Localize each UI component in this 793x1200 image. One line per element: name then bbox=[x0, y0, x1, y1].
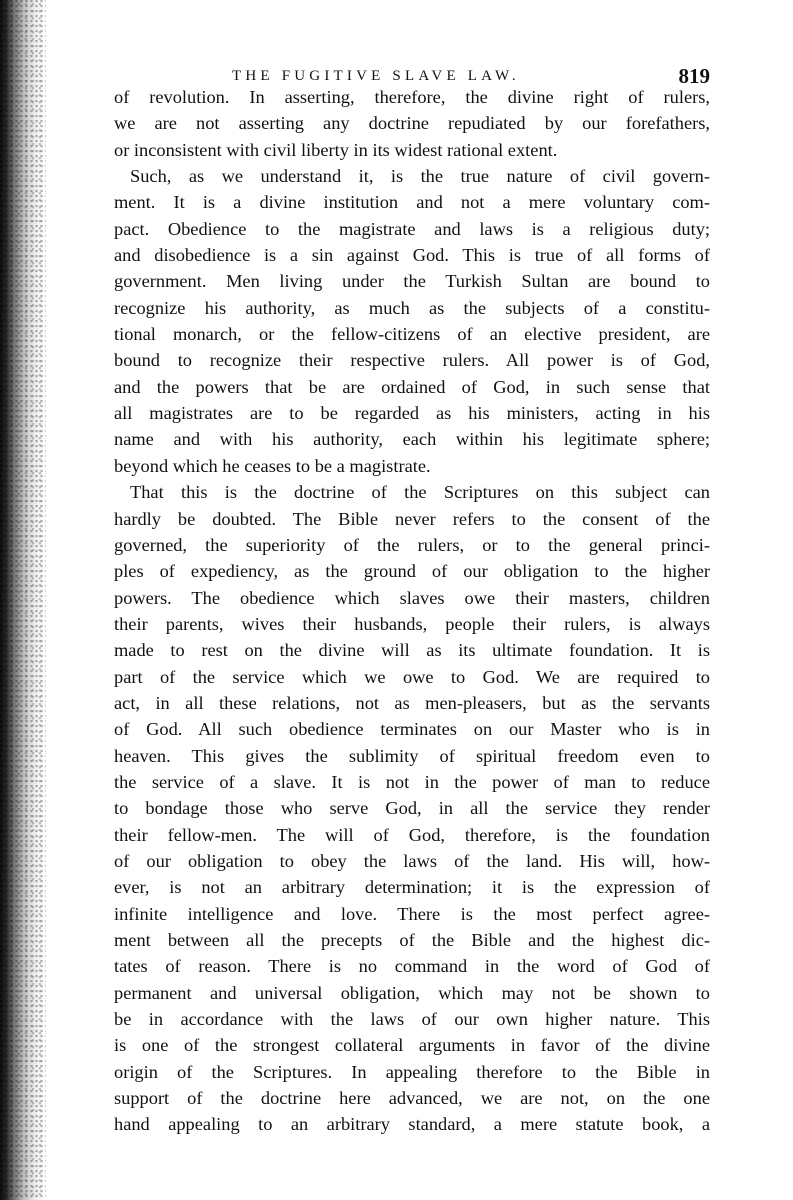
text-line: hardly be doubted. The Bible never refer… bbox=[114, 506, 710, 532]
text-line: hand appealing to an arbitrary standard,… bbox=[114, 1111, 710, 1137]
text-line: their fellow-men. The will of God, there… bbox=[114, 822, 710, 848]
text-line: bound to recognize their respective rule… bbox=[114, 347, 710, 373]
running-title: THE FUGITIVE SLAVE LAW. bbox=[232, 68, 520, 85]
text-line: tional monarch, or the fellow-citizens o… bbox=[114, 321, 710, 347]
text-line: is one of the strongest collateral argum… bbox=[114, 1032, 710, 1058]
text-line: recognize his authority, as much as the … bbox=[114, 295, 710, 321]
text-line: origin of the Scriptures. In appealing t… bbox=[114, 1059, 710, 1085]
text-line: support of the doctrine here advanced, w… bbox=[114, 1085, 710, 1111]
text-line: ples of expediency, as the ground of our… bbox=[114, 558, 710, 584]
text-line: That this is the doctrine of the Scriptu… bbox=[114, 479, 710, 505]
text-line: beyond which he ceases to be a magistrat… bbox=[114, 453, 710, 479]
text-line: and the powers that be are ordained of G… bbox=[114, 374, 710, 400]
text-line: part of the service which we owe to God.… bbox=[114, 664, 710, 690]
text-line: be in accordance with the laws of our ow… bbox=[114, 1006, 710, 1032]
text-line: of God. All such obedience terminates on… bbox=[114, 716, 710, 742]
text-line: of revolution. In asserting, therefore, … bbox=[114, 84, 710, 110]
text-line: pact. Obedience to the magistrate and la… bbox=[114, 216, 710, 242]
text-line: permanent and universal obligation, whic… bbox=[114, 980, 710, 1006]
text-line: act, in all these relations, not as men-… bbox=[114, 690, 710, 716]
binding-shadow-texture bbox=[0, 0, 46, 1200]
body-text: of revolution. In asserting, therefore, … bbox=[114, 84, 710, 1138]
text-line: of our obligation to obey the laws of th… bbox=[114, 848, 710, 874]
text-line: heaven. This gives the sublimity of spir… bbox=[114, 743, 710, 769]
text-line: made to rest on the divine will as its u… bbox=[114, 637, 710, 663]
text-line: government. Men living under the Turkish… bbox=[114, 268, 710, 294]
text-line: governed, the superiority of the rulers,… bbox=[114, 532, 710, 558]
text-line: ment between all the precepts of the Bib… bbox=[114, 927, 710, 953]
text-line: their parents, wives their husbands, peo… bbox=[114, 611, 710, 637]
text-line: ment. It is a divine institution and not… bbox=[114, 189, 710, 215]
text-line: ever, is not an arbitrary determination;… bbox=[114, 874, 710, 900]
text-line: to bondage those who serve God, in all t… bbox=[114, 795, 710, 821]
text-line: we are not asserting any doctrine repudi… bbox=[114, 110, 710, 136]
text-line: the service of a slave. It is not in the… bbox=[114, 769, 710, 795]
text-line: name and with his authority, each within… bbox=[114, 426, 710, 452]
text-line: Such, as we understand it, is the true n… bbox=[114, 163, 710, 189]
text-line: and disobedience is a sin against God. T… bbox=[114, 242, 710, 268]
text-line: all magistrates are to be regarded as hi… bbox=[114, 400, 710, 426]
text-line: or inconsistent with civil liberty in it… bbox=[114, 137, 710, 163]
text-line: powers. The obedience which slaves owe t… bbox=[114, 585, 710, 611]
text-line: tates of reason. There is no command in … bbox=[114, 953, 710, 979]
text-line: infinite intelligence and love. There is… bbox=[114, 901, 710, 927]
